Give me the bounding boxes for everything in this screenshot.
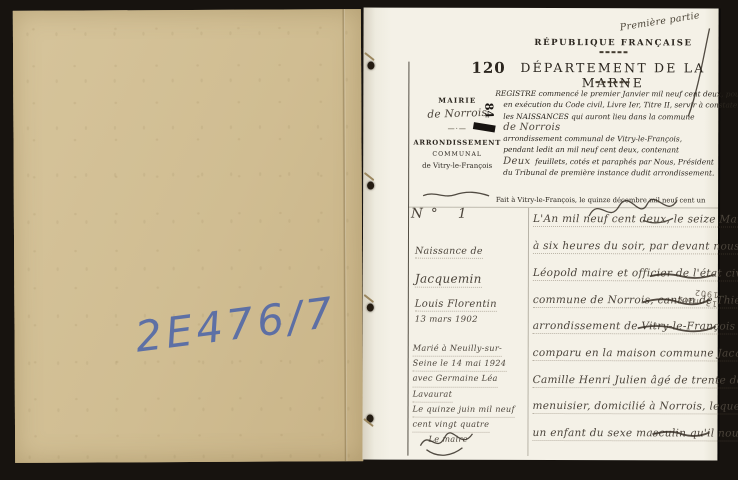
act-text-line: comparu en la maison commune Jacquemin: [533, 347, 738, 362]
commune-name-handwritten: de Norrois: [495, 122, 723, 134]
arrondissement-label: ARRONDISSEMENT: [413, 139, 501, 147]
registre-line: du Tribunal de première instance dudit a…: [495, 167, 723, 179]
heading-flourish: [599, 51, 627, 53]
communal-label: COMMUNAL: [413, 151, 501, 158]
act-text-line: un enfant du sexe masculin qu'il nous a …: [532, 427, 738, 442]
registre-line-rest: feuillets, cotés et paraphés par Nous, P…: [535, 157, 714, 166]
register-front-cover: 2E476/7: [13, 9, 363, 463]
registre-line: en exécution du Code civil, Livre Ier, T…: [495, 99, 723, 111]
mention-line: Seine le 14 mai 1924: [413, 357, 507, 372]
mention-line: Marié à Neuilly-sur-: [413, 342, 502, 357]
margin-birth-date: 13 mars 1902: [415, 315, 478, 325]
archive-call-number: 2E476/7: [132, 283, 376, 362]
margin-surname: Jacquemin: [415, 272, 482, 288]
act-text-line: menuisier, domicilié à Norrois, lequel n…: [533, 400, 738, 415]
margin-naissance-label: Naissance de: [415, 246, 483, 259]
binding-thread: [364, 52, 375, 61]
mention-line: Lavaurat: [413, 387, 453, 402]
binding-thread: [364, 172, 375, 181]
act-text-line: Camille Henri Julien âgé de trente deux …: [533, 374, 738, 389]
mairie-block-squiggle: [421, 190, 491, 200]
register-title-page: Première partie RÉPUBLIQUE FRANÇAISE 120…: [362, 8, 718, 461]
form-left-border: [407, 62, 409, 456]
registre-paragraph: REGISTRE commencé le premier Janvier mil…: [495, 88, 723, 179]
act-text-line: Léopold maire et officier de l'état civi…: [533, 267, 738, 282]
heading-flourish: [595, 81, 631, 83]
registre-line: les NAISSANCES qui auront lieu dans la c…: [495, 110, 723, 122]
binding-hole: [367, 182, 374, 190]
binding-hole: [367, 304, 374, 312]
cover-fold-crease: [342, 9, 347, 461]
arrondissement-value: de Vitry-le-François: [413, 162, 501, 170]
scanned-register-spread: 2E476/7 Première partie RÉPUBLIQUE FRANÇ…: [0, 0, 738, 480]
act-text-line: à six heures du soir, par devant nous Lé…: [533, 240, 738, 255]
mention-line: Le quinze juin mil neuf: [413, 402, 515, 417]
act-text-line: arrondissement de Vitry-le-François (Mar…: [533, 320, 738, 335]
act-text-line: L'An mil neuf cent deux, le seize Mars,: [533, 213, 738, 228]
binding-hole: [367, 62, 374, 70]
act-number: N° 1: [411, 206, 474, 222]
registre-line: REGISTRE commencé le premier Janvier mil…: [495, 88, 723, 100]
department-heading: DÉPARTEMENT DE LA MARNE: [505, 60, 720, 91]
registre-line: Deux feuillets, cotés et paraphés par No…: [495, 156, 723, 168]
registre-line: arrondissement communal de Vitry-le-Fran…: [495, 133, 723, 145]
republic-heading: RÉPUBLIQUE FRANÇAISE: [523, 38, 703, 48]
feuillets-count-handwritten: Deux: [503, 156, 530, 167]
margin-divider-rule: [527, 208, 529, 456]
mention-line: avec Germaine Léa: [413, 372, 498, 387]
stamp-84-text: 84: [482, 103, 495, 119]
registre-line: pendant ledit an mil neuf cent deux, con…: [495, 144, 723, 156]
binding-thread: [363, 294, 374, 303]
mayor-signature: [416, 428, 476, 456]
margin-given-names: Louis Florentin: [415, 299, 497, 312]
register-number: 120: [471, 59, 505, 77]
